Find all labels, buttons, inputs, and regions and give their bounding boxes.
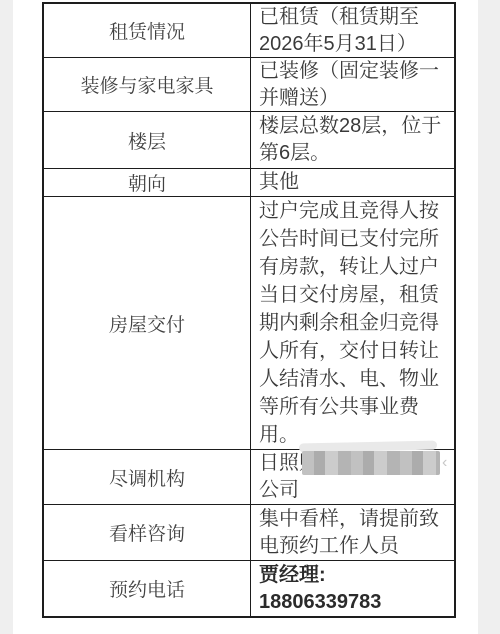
- table-row-appointment-phone: 预约电话 贾经理: 18806339783: [44, 560, 454, 616]
- row-value: 已装修（固定装修一 并赠送）: [250, 58, 454, 111]
- page-gutter-right: [478, 0, 500, 634]
- table-row-decoration: 装修与家电家具 已装修（固定装修一 并赠送）: [44, 57, 454, 111]
- row-value: 楼层总数28层，位于 第6层。: [250, 112, 454, 168]
- row-label: 房屋交付: [44, 197, 250, 449]
- chevron-left-icon: ‹: [442, 454, 447, 472]
- table-row-orientation: 朝向 其他: [44, 168, 454, 196]
- table-row-due-diligence-agency: 尽调机构 日照财 公司 ‹: [44, 449, 454, 504]
- row-value: 已租赁（租赁期至 2026年5月31日）: [250, 4, 454, 57]
- row-label: 预约电话: [44, 561, 250, 616]
- row-label: 装修与家电家具: [44, 58, 250, 111]
- row-label: 看样咨询: [44, 505, 250, 560]
- page-gutter-left: [0, 0, 13, 634]
- row-value: 集中看样，请提前致 电预约工作人员: [250, 505, 454, 560]
- row-value: 其他: [250, 169, 454, 196]
- property-info-table: 租赁情况 已租赁（租赁期至 2026年5月31日） 装修与家电家具 已装修（固定…: [42, 2, 456, 618]
- row-value-phone: 贾经理: 18806339783: [250, 561, 454, 616]
- row-value: 过户完成且竞得人按 公告时间已支付完所 有房款，转让人过户 当日交付房屋，租赁 …: [250, 197, 454, 449]
- table-row-viewing-consultation: 看样咨询 集中看样，请提前致 电预约工作人员: [44, 504, 454, 560]
- row-label: 朝向: [44, 169, 250, 196]
- table-row-rental-status: 租赁情况 已租赁（租赁期至 2026年5月31日）: [44, 4, 454, 57]
- row-label: 尽调机构: [44, 450, 250, 504]
- row-value: 日照财 公司 ‹: [250, 450, 454, 504]
- row-label: 租赁情况: [44, 4, 250, 57]
- redaction-mosaic-blur: [302, 451, 440, 475]
- table-row-floor: 楼层 楼层总数28层，位于 第6层。: [44, 111, 454, 168]
- row-label: 楼层: [44, 112, 250, 168]
- table-row-delivery: 房屋交付 过户完成且竞得人按 公告时间已支付完所 有房款，转让人过户 当日交付房…: [44, 196, 454, 449]
